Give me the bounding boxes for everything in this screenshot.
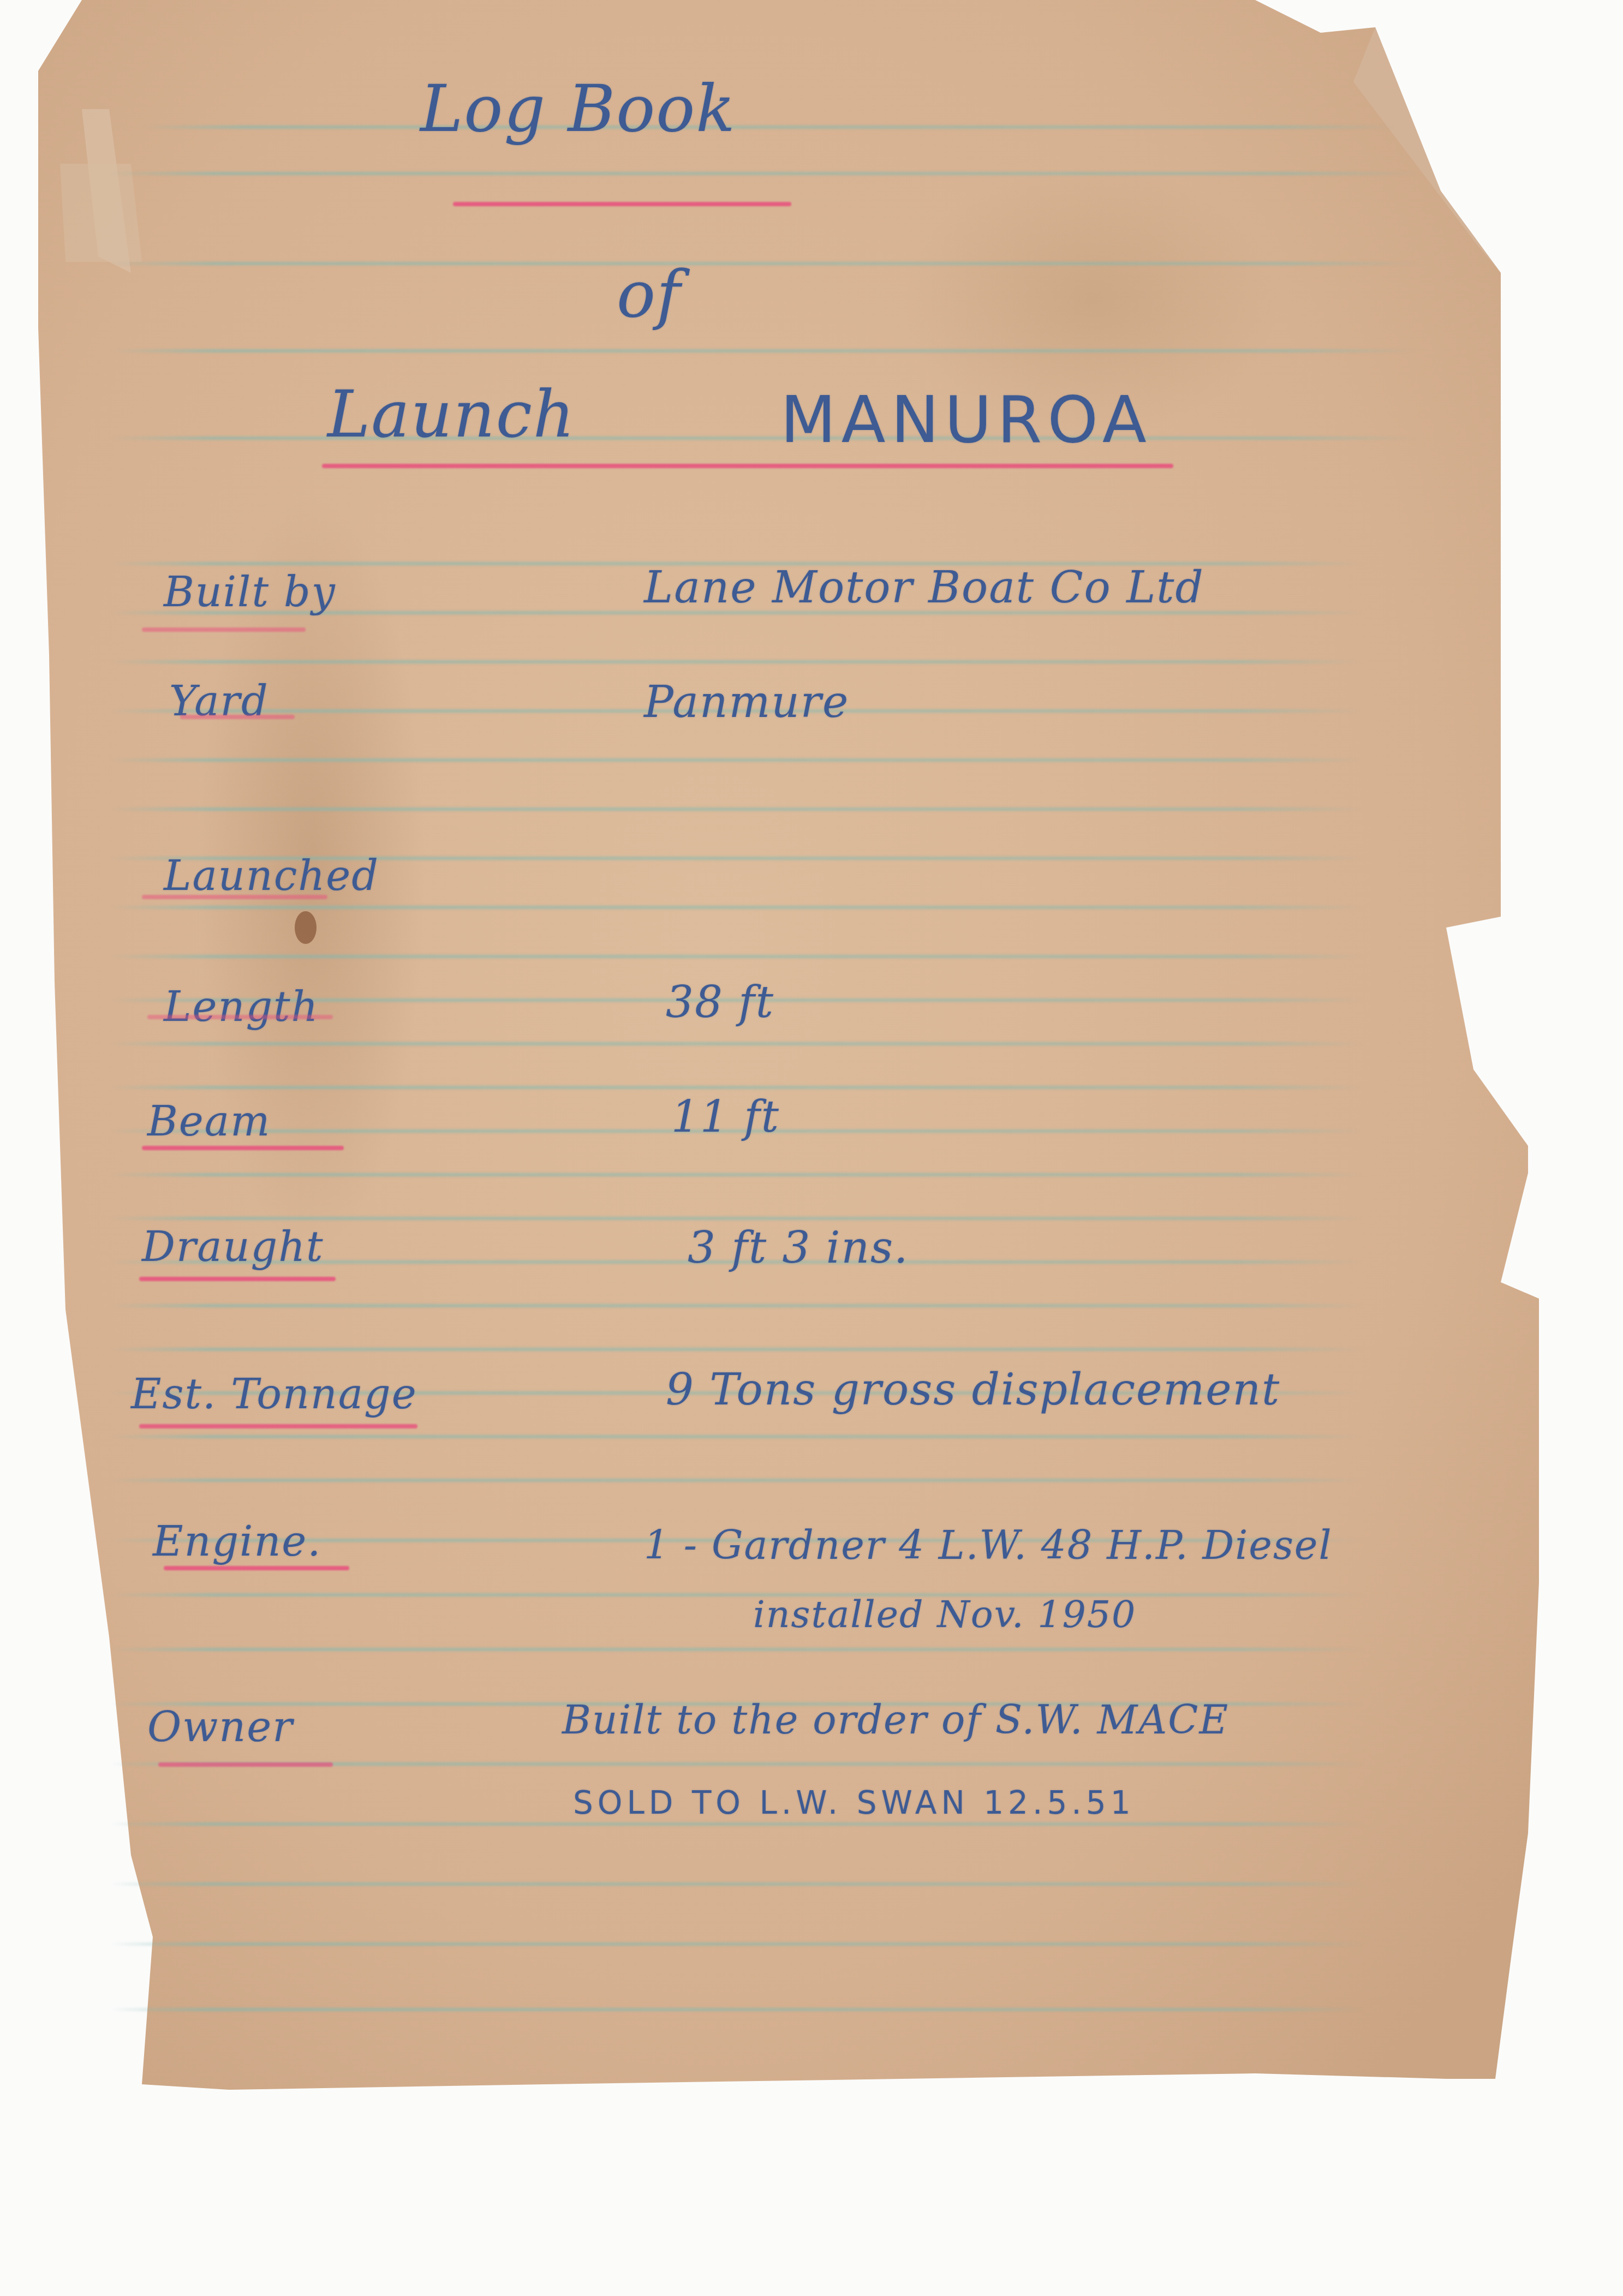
ruled-line — [109, 808, 1364, 811]
ruled-line — [109, 1882, 1364, 1886]
ruled-line — [109, 758, 1364, 762]
title-launch: Launch — [327, 376, 576, 452]
vessel-name-underline — [322, 464, 1173, 468]
label-built-by: Built by — [164, 567, 336, 616]
value-engine: 1 - Gardner 4 L.W. 48 H.P. Diesel — [644, 1522, 1333, 1568]
label-underline — [142, 895, 327, 899]
document-page: Log Book of Launch MANUROA Built by Lane… — [0, 0, 1623, 2296]
label-underline — [147, 1015, 333, 1019]
ruled-line — [109, 262, 1419, 265]
label-est-tonnage: Est. Tonnage — [131, 1370, 417, 1418]
ruled-line — [109, 1348, 1364, 1351]
ruled-line — [109, 1435, 1364, 1438]
value-built-by: Lane Motor Boat Co Ltd — [644, 562, 1204, 613]
label-underline — [180, 715, 295, 719]
ruled-line — [109, 1942, 1364, 1946]
label-underline — [139, 1424, 417, 1428]
ruled-line — [109, 1648, 1364, 1651]
title-of: of — [617, 256, 682, 332]
ruled-line — [109, 1822, 1364, 1826]
ruled-line — [109, 172, 1419, 175]
vessel-name: MANUROA — [780, 382, 1152, 457]
ruled-line — [109, 955, 1364, 958]
ruled-line — [109, 437, 1419, 440]
value-length: 38 ft — [666, 977, 774, 1027]
value-yard: Panmure — [644, 677, 849, 727]
ruled-line — [109, 2008, 1364, 2011]
label-draught: Draught — [142, 1222, 324, 1271]
ruled-line — [109, 660, 1364, 663]
label-underline — [139, 1277, 336, 1281]
ruled-line — [109, 1593, 1364, 1597]
title-underline — [453, 202, 791, 206]
value-est-tonnage: 9 Tons gross displacement — [666, 1364, 1280, 1415]
value-engine-line2: installed Nov. 1950 — [753, 1593, 1136, 1636]
label-beam: Beam — [147, 1097, 271, 1145]
label-engine: Engine. — [153, 1517, 321, 1565]
value-owner-line2: SOLD TO L.W. SWAN 12.5.51 — [573, 1784, 1135, 1821]
label-length: Length — [164, 982, 319, 1031]
ruled-line — [109, 1304, 1364, 1307]
ruled-line — [109, 1042, 1364, 1045]
label-launched: Launched — [164, 851, 379, 900]
ruled-line — [142, 125, 1397, 129]
value-draught: 3 ft 3 ins. — [688, 1222, 909, 1273]
label-underline — [142, 627, 306, 632]
ruled-line — [109, 1173, 1364, 1176]
value-beam: 11 ft — [671, 1091, 780, 1142]
value-owner: Built to the order of S.W. MACE — [562, 1697, 1229, 1743]
label-underline — [142, 1146, 344, 1150]
ruled-line — [109, 1086, 1364, 1089]
ruled-line — [109, 906, 1364, 909]
ruled-line — [109, 1217, 1364, 1220]
ruled-line — [109, 1479, 1364, 1482]
label-owner: Owner — [147, 1702, 294, 1751]
label-underline — [164, 1566, 349, 1570]
ruled-line — [109, 349, 1419, 352]
title-log-book: Log Book — [420, 71, 736, 146]
label-underline — [158, 1762, 333, 1767]
